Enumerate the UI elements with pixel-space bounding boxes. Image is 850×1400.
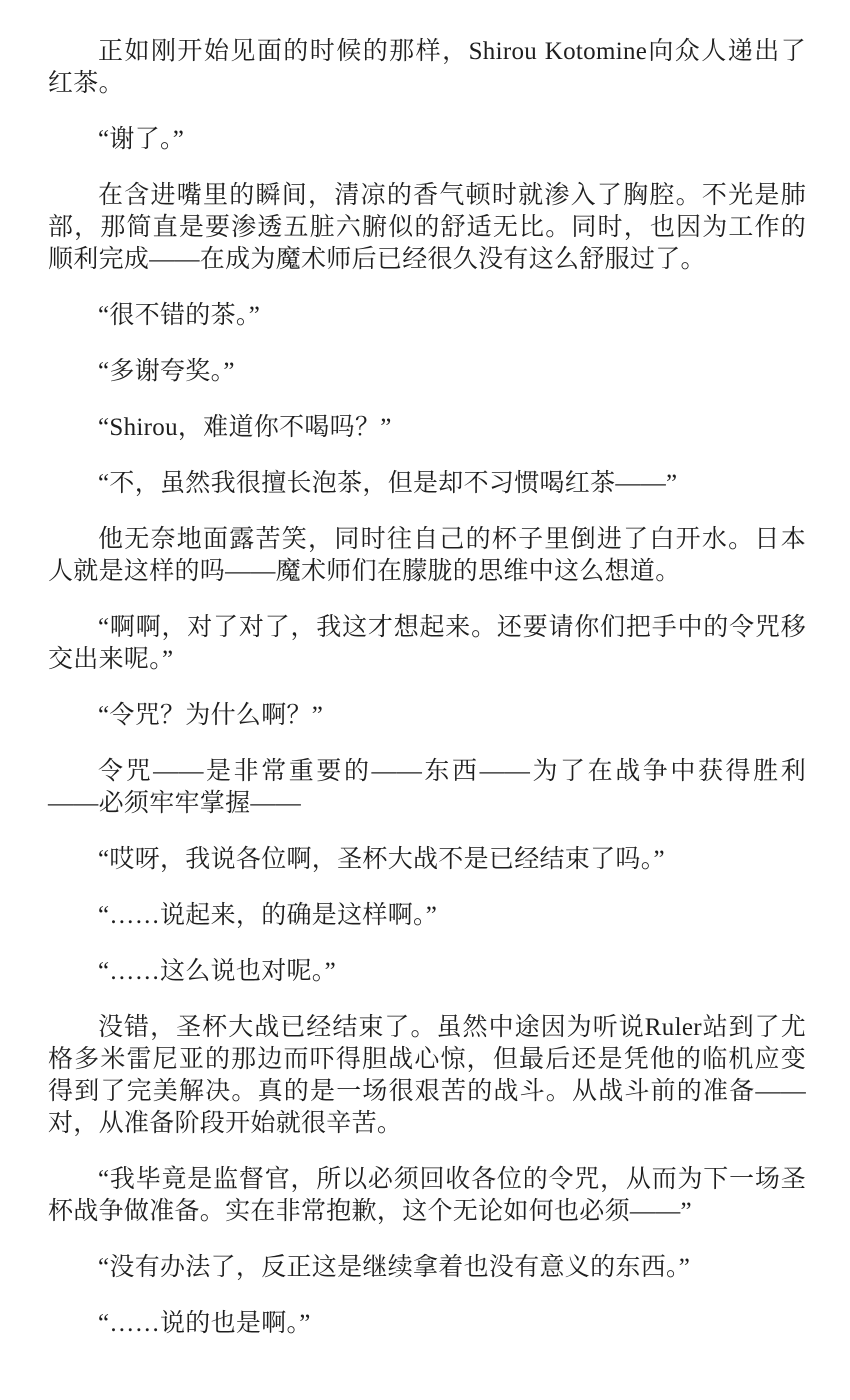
paragraph-dialogue-8: “哎呀，我说各位啊，圣杯大战不是已经结束了吗。” bbox=[48, 844, 806, 876]
paragraph-narration-4: 令咒——是非常重要的——东西——为了在战争中获得胜利——必须牢牢掌握—— bbox=[48, 756, 806, 820]
paragraph-dialogue-10: “……这么说也对呢。” bbox=[48, 956, 806, 988]
paragraph-dialogue-2: “很不错的茶。” bbox=[48, 300, 806, 332]
paragraph-dialogue-9: “……说起来，的确是这样啊。” bbox=[48, 900, 806, 932]
paragraph-dialogue-4: “Shirou，难道你不喝吗？” bbox=[48, 412, 806, 444]
paragraph-narration-5: 没错，圣杯大战已经结束了。虽然中途因为听说Ruler站到了尤格多米雷尼亚的那边而… bbox=[48, 1012, 806, 1140]
paragraph-dialogue-13: “……说的也是啊。” bbox=[48, 1308, 806, 1340]
paragraph-dialogue-11: “我毕竟是监督官，所以必须回收各位的令咒，从而为下一场圣杯战争做准备。实在非常抱… bbox=[48, 1164, 806, 1228]
paragraph-narration-2: 在含进嘴里的瞬间，清凉的香气顿时就渗入了胸腔。不光是肺部，那简直是要渗透五脏六腑… bbox=[48, 180, 806, 276]
paragraph-dialogue-5: “不，虽然我很擅长泡茶，但是却不习惯喝红茶——” bbox=[48, 468, 806, 500]
paragraph-dialogue-1: “谢了。” bbox=[48, 124, 806, 156]
novel-text-block: 正如刚开始见面的时候的那样，Shirou Kotomine向众人递出了红茶。 “… bbox=[0, 0, 850, 1400]
paragraph-dialogue-12: “没有办法了，反正这是继续拿着也没有意义的东西。” bbox=[48, 1252, 806, 1284]
paragraph-dialogue-6: “啊啊，对了对了，我这才想起来。还要请你们把手中的令咒移交出来呢。” bbox=[48, 612, 806, 676]
novel-page: 正如刚开始见面的时候的那样，Shirou Kotomine向众人递出了红茶。 “… bbox=[0, 0, 850, 1400]
paragraph-narration-1: 正如刚开始见面的时候的那样，Shirou Kotomine向众人递出了红茶。 bbox=[48, 36, 806, 100]
paragraph-dialogue-7: “令咒？为什么啊？” bbox=[48, 700, 806, 732]
paragraph-dialogue-3: “多谢夸奖。” bbox=[48, 356, 806, 388]
paragraph-narration-3: 他无奈地面露苦笑，同时往自己的杯子里倒进了白开水。日本人就是这样的吗——魔术师们… bbox=[48, 524, 806, 588]
